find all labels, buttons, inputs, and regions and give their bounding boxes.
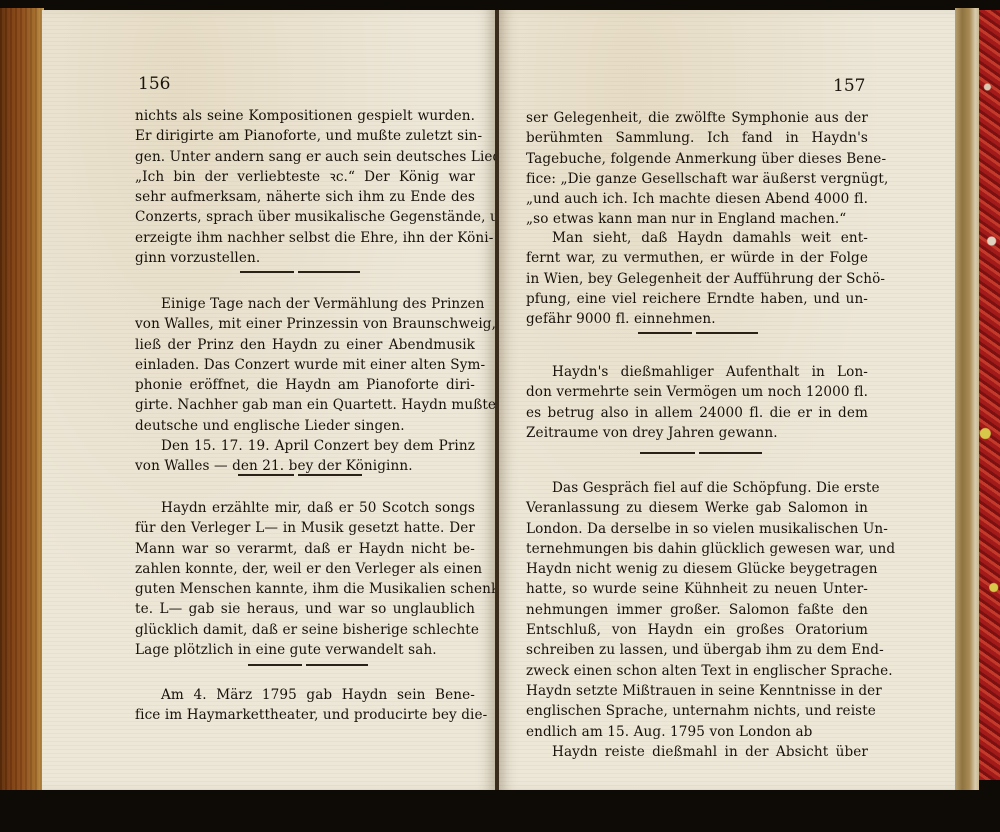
text-line: für den Verleger L— in Musik gesetzt hat… [135,518,475,538]
text-line: „so etwas kann man nur in England machen… [526,209,868,229]
marbled-endpaper [979,10,1000,780]
text-line: „und auch ich. Ich machte diesen Abend 4… [526,189,868,209]
left-paragraph-2: Einige Tage nach der Vermählung des Prin… [135,294,475,436]
text-line: Veranlassung zu diesem Werke gab Salomon… [526,498,868,518]
text-line: girte. Nachher gab man ein Quartett. Hay… [135,395,475,415]
text-line: Den 15. 17. 19. April Conzert bey dem Pr… [135,436,475,456]
text-line: Man sieht, daß Haydn damahls weit ent- [526,228,868,248]
text-line: es betrug also in allem 24000 fl. die er… [526,403,868,423]
text-line: nehmungen immer großer. Salomon faßte de… [526,600,868,620]
text-line: berühmten Sammlung. Ich fand in Haydn's [526,128,868,148]
text-line: gen. Unter andern sang er auch sein deut… [135,147,475,167]
text-line: phonie eröffnet, die Haydn am Pianoforte… [135,375,475,395]
text-line: ternehmungen bis dahin glücklich gewesen… [526,539,868,559]
text-line: erzeigte ihm nachher selbst die Ehre, ih… [135,228,475,248]
left-paragraph-3: Den 15. 17. 19. April Conzert bey dem Pr… [135,436,475,477]
right-paragraph-4: Das Gespräch fiel auf die Schöpfung. Die… [526,478,868,742]
text-line: te. L— gab sie heraus, und war so unglau… [135,599,475,619]
section-divider [638,332,758,334]
page-number-left: 156 [138,74,170,94]
text-line: nichts als seine Kompositionen gespielt … [135,106,475,126]
text-line: ginn vorzustellen. [135,248,475,268]
text-line: Am 4. März 1795 gab Haydn sein Bene- [135,685,475,705]
text-line: in Wien, bey Gelegenheit der Aufführung … [526,269,868,289]
section-divider [240,271,360,273]
text-line: zahlen konnte, der, weil er den Verleger… [135,559,475,579]
left-paragraph-5: Am 4. März 1795 gab Haydn sein Bene- fic… [135,685,475,726]
text-line: „Ich bin der verliebteste ꝛc.“ Der König… [135,167,475,187]
text-line: schreiben zu lassen, und übergab ihm zu … [526,640,868,660]
text-line: endlich am 15. Aug. 1795 von London ab [526,722,868,742]
section-divider [640,452,762,454]
text-line: fice im Haymarkettheater, und producirte… [135,705,475,725]
text-line: ser Gelegenheit, die zwölfte Symphonie a… [526,108,868,128]
text-line: gefähr 9000 fl. einnehmen. [526,309,868,329]
right-paragraph-5: Haydn reiste dießmahl in der Absicht übe… [526,742,868,762]
right-page: 157 ser Gelegenheit, die zwölfte Symphon… [499,10,955,790]
text-line: einladen. Das Conzert wurde mit einer al… [135,355,475,375]
text-line: London. Da derselbe in so vielen musikal… [526,519,868,539]
text-line: Haydn's dießmahliger Aufenthalt in Lon- [526,362,868,382]
text-line: fernt war, zu vermuthen, er würde in der… [526,248,868,268]
text-line: Entschluß, von Haydn ein großes Oratoriu… [526,620,868,640]
text-line: deutsche und englische Lieder singen. [135,416,475,436]
background-bottom [0,790,1000,832]
text-line: fice: „Die ganze Gesellschaft war äußers… [526,169,868,189]
text-line: Einige Tage nach der Vermählung des Prin… [135,294,475,314]
text-line: guten Menschen kannte, ihm die Musikalie… [135,579,475,599]
left-paragraph-1: nichts als seine Kompositionen gespielt … [135,106,475,268]
right-paragraph-2: Man sieht, daß Haydn damahls weit ent- f… [526,228,868,329]
leather-binding-left [0,8,44,816]
text-line: Haydn nicht wenig zu diesem Glücke beyge… [526,559,868,579]
text-line: Er dirigirte am Pianoforte, und mußte zu… [135,126,475,146]
text-line: Lage plötzlich in eine gute verwandelt s… [135,640,475,660]
text-line: sehr aufmerksam, näherte sich ihm zu End… [135,187,475,207]
text-line: hatte, so wurde seine Kühnheit zu neuen … [526,579,868,599]
right-paragraph-1: ser Gelegenheit, die zwölfte Symphonie a… [526,108,868,230]
page-edges-right [955,8,979,816]
text-line: Conzerts, sprach über musikalische Gegen… [135,207,475,227]
left-page: 156 nichts als seine Kompositionen gespi… [42,10,495,790]
page-number-right: 157 [833,76,865,96]
right-paragraph-3: Haydn's dießmahliger Aufenthalt in Lon- … [526,362,868,443]
text-line: don vermehrte sein Vermögen um noch 1200… [526,382,868,402]
text-line: glücklich damit, daß er seine bisherige … [135,620,475,640]
text-line: Haydn setzte Mißtrauen in seine Kenntnis… [526,681,868,701]
text-line: Mann war so verarmt, daß er Haydn nicht … [135,539,475,559]
section-divider [238,474,362,476]
text-line: Das Gespräch fiel auf die Schöpfung. Die… [526,478,868,498]
text-line: von Walles, mit einer Prinzessin von Bra… [135,314,475,334]
text-line: englischen Sprache, unternahm nichts, un… [526,701,868,721]
text-line: zweck einen schon alten Text in englisch… [526,661,868,681]
text-line: ließ der Prinz den Haydn zu einer Abendm… [135,335,475,355]
book-scan: 156 nichts als seine Kompositionen gespi… [0,0,1000,832]
text-line: pfung, eine viel reichere Erndte haben, … [526,289,868,309]
text-line: Haydn erzählte mir, daß er 50 Scotch son… [135,498,475,518]
text-line: Haydn reiste dießmahl in der Absicht übe… [526,742,868,762]
text-line: Zeitraume von drey Jahren gewann. [526,423,868,443]
section-divider [248,664,368,666]
text-line: Tagebuche, folgende Anmerkung über diese… [526,149,868,169]
left-paragraph-4: Haydn erzählte mir, daß er 50 Scotch son… [135,498,475,660]
